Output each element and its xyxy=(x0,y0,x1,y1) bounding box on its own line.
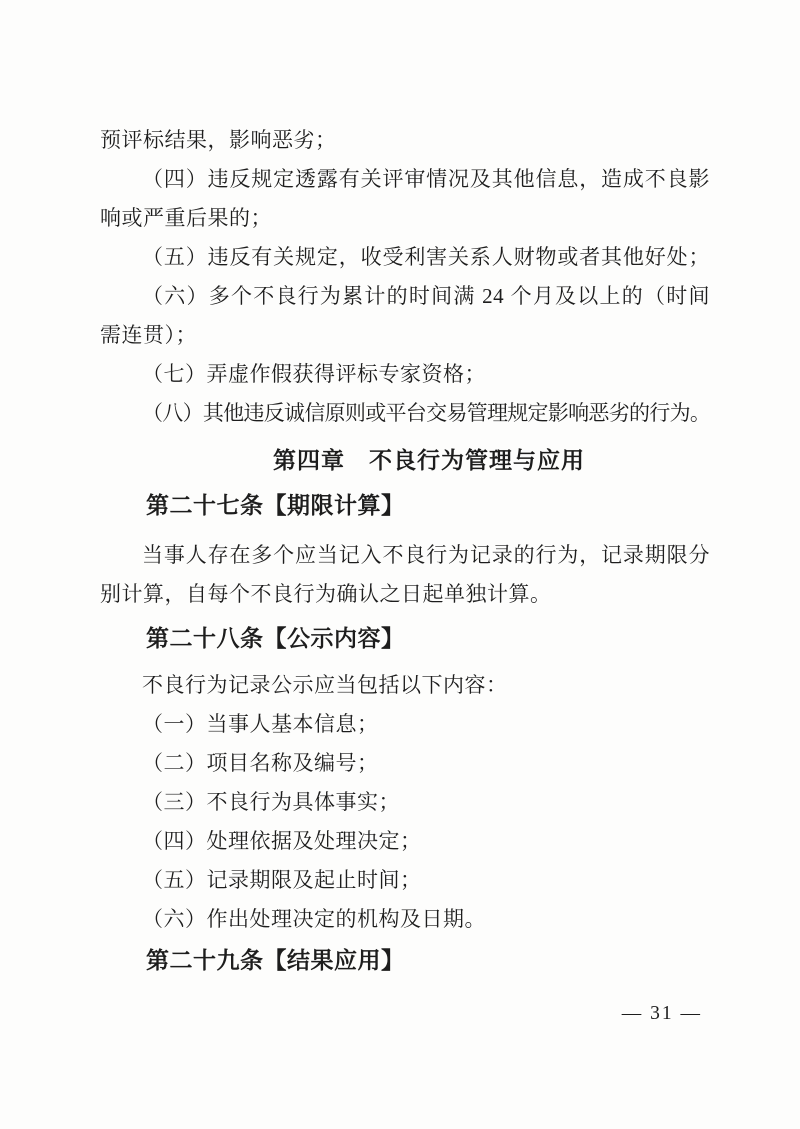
chapter-heading: 第四章 不良行为管理与应用 xyxy=(124,441,734,480)
list-item-line: （五）记录期限及起止时间； xyxy=(100,861,710,900)
body-text-line: 别计算，自每个不良行为确认之日起单独计算。 xyxy=(100,575,710,614)
list-item-line: （八）其他违反诚信原则或平台交易管理规定影响恶劣的行为。 xyxy=(100,394,710,433)
list-item-line: （一）当事人基本信息； xyxy=(100,705,710,744)
body-text-line: 当事人存在多个应当记入不良行为记录的行为，记录期限分 xyxy=(100,536,710,575)
article-heading: 第二十八条【公示内容】 xyxy=(100,619,710,658)
list-item-line: （七）弄虚作假获得评标专家资格； xyxy=(100,355,710,394)
list-item-line: （五）违反有关规定，收受利害关系人财物或者其他好处； xyxy=(100,238,710,277)
scanned-document-page: 预评标结果，影响恶劣； （四）违反规定透露有关评审情况及其他信息，造成不良影 响… xyxy=(0,0,800,1129)
list-item-line: （四）违反规定透露有关评审情况及其他信息，造成不良影 xyxy=(100,160,710,199)
page-number: — 31 — xyxy=(100,994,702,1033)
list-item-line: （三）不良行为具体事实； xyxy=(100,783,710,822)
body-text-line: 不良行为记录公示应当包括以下内容： xyxy=(100,666,710,705)
body-text-line: 需连贯）； xyxy=(100,316,710,355)
article-heading: 第二十七条【期限计算】 xyxy=(100,486,710,525)
list-item-line: （六）多个不良行为累计的时间满 24 个月及以上的（时间 xyxy=(100,277,710,316)
list-item-line: （六）作出处理决定的机构及日期。 xyxy=(100,900,710,939)
body-text-line: 响或严重后果的； xyxy=(100,199,710,238)
list-item-line: （二）项目名称及编号； xyxy=(100,744,710,783)
body-text-line: 预评标结果，影响恶劣； xyxy=(100,121,710,160)
document-body: 预评标结果，影响恶劣； （四）违反规定透露有关评审情况及其他信息，造成不良影 响… xyxy=(100,121,710,980)
article-heading: 第二十九条【结果应用】 xyxy=(100,941,710,980)
list-item-line: （四）处理依据及处理决定； xyxy=(100,822,710,861)
